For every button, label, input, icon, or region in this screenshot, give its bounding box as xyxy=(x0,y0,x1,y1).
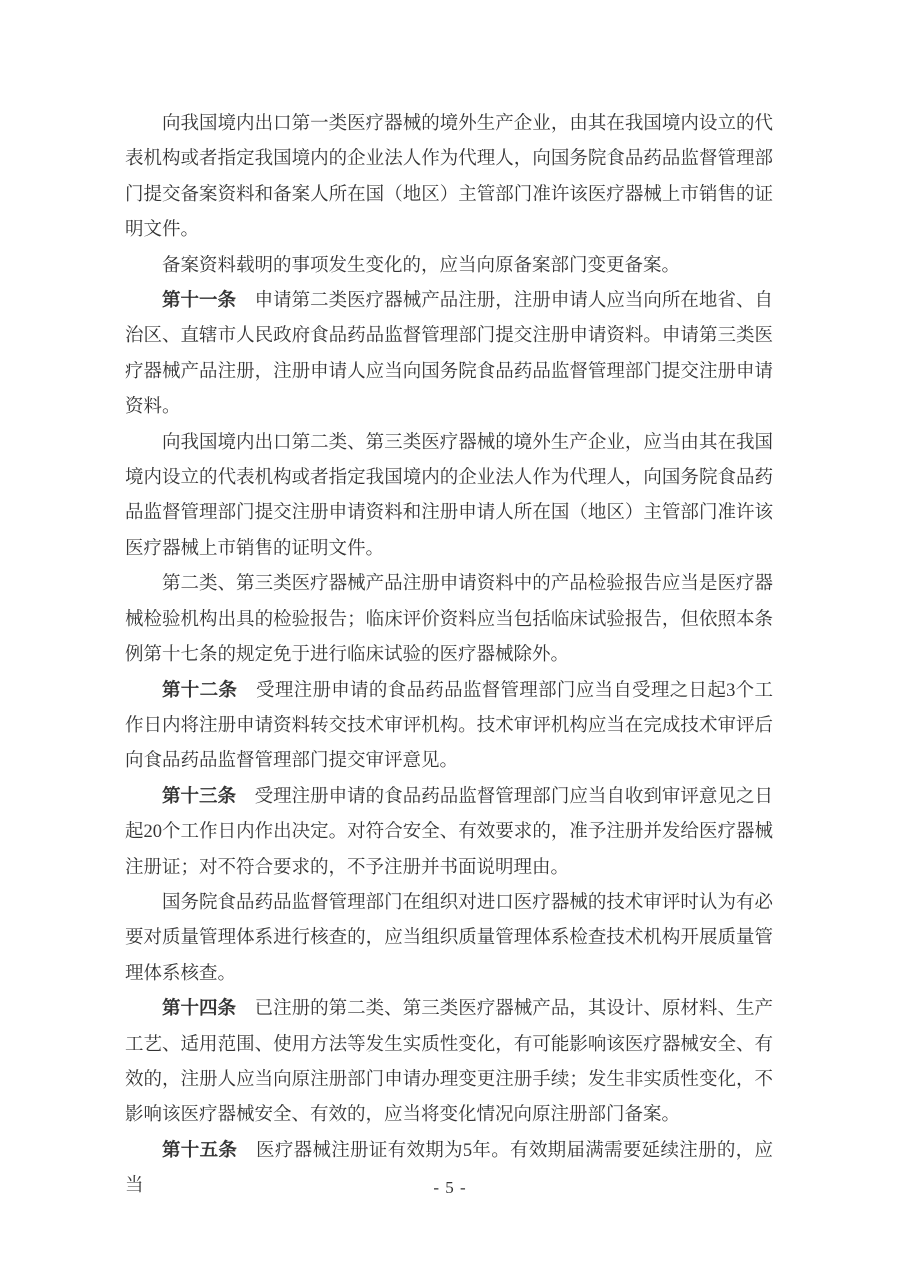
paragraph: 第十三条 受理注册申请的食品药品监督管理部门应当自收到审评意见之日起20个工作日… xyxy=(125,780,773,886)
article-number-label: 第十一条 xyxy=(162,291,255,311)
paragraph-text: 备案资料载明的事项发生变化的，应当向原备案部门变更备案。 xyxy=(162,256,680,276)
article-number-label: 第十四条 xyxy=(162,999,255,1019)
paragraph: 向我国境内出口第一类医疗器械的境外生产企业，由其在我国境内设立的代表机构或者指定… xyxy=(125,107,773,249)
paragraph: 第十二条 受理注册申请的食品药品监督管理部门应当自受理之日起3个工作日内将注册申… xyxy=(125,674,773,780)
paragraph: 第十一条 申请第二类医疗器械产品注册，注册申请人应当向所在地省、自治区、直辖市人… xyxy=(125,284,773,426)
article-number-label: 第十五条 xyxy=(162,1141,256,1161)
paragraph-text: 向我国境内出口第二类、第三类医疗器械的境外生产企业，应当由其在我国境内设立的代表… xyxy=(125,433,773,559)
document-body: 向我国境内出口第一类医疗器械的境外生产企业，由其在我国境内设立的代表机构或者指定… xyxy=(125,107,773,1205)
paragraph-text: 国务院食品药品监督管理部门在组织对进口医疗器械的技术审评时认为有必要对质量管理体… xyxy=(125,893,773,984)
document-page: 向我国境内出口第一类医疗器械的境外生产企业，由其在我国境内设立的代表机构或者指定… xyxy=(0,0,900,1273)
paragraph: 第二类、第三类医疗器械产品注册申请资料中的产品检验报告应当是医疗器械检验机构出具… xyxy=(125,567,773,673)
paragraph: 第十四条 已注册的第二类、第三类医疗器械产品，其设计、原材料、生产工艺、适用范围… xyxy=(125,992,773,1134)
page-number: - 5 - xyxy=(0,1177,900,1199)
paragraph-text: 向我国境内出口第一类医疗器械的境外生产企业，由其在我国境内设立的代表机构或者指定… xyxy=(125,114,773,240)
paragraph: 备案资料载明的事项发生变化的，应当向原备案部门变更备案。 xyxy=(125,249,773,284)
paragraph-text: 第二类、第三类医疗器械产品注册申请资料中的产品检验报告应当是医疗器械检验机构出具… xyxy=(125,574,773,665)
article-number-label: 第十三条 xyxy=(162,787,255,807)
paragraph: 向我国境内出口第二类、第三类医疗器械的境外生产企业，应当由其在我国境内设立的代表… xyxy=(125,426,773,568)
paragraph: 国务院食品药品监督管理部门在组织对进口医疗器械的技术审评时认为有必要对质量管理体… xyxy=(125,886,773,992)
article-number-label: 第十二条 xyxy=(162,681,256,701)
